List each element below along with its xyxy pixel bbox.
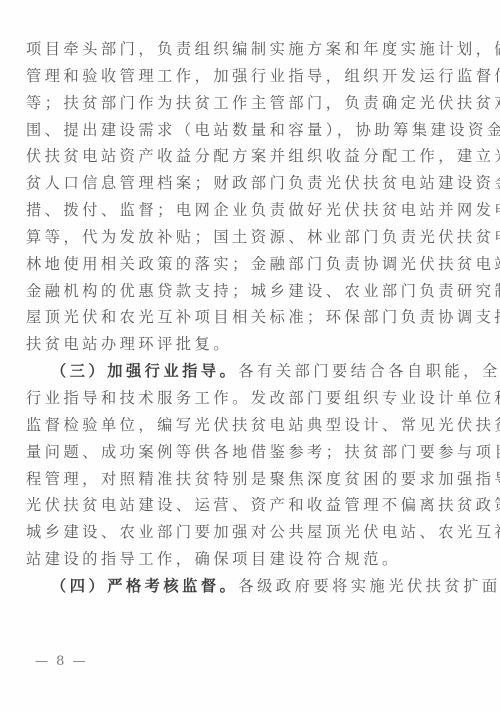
paragraph-section-4: （四）严格考核监督。各级政府要将实施光伏扶贫扩面工程纳	[26, 573, 456, 600]
text-line: 等；扶贫部门作为扶贫工作主管部门，负责确定光伏扶贫对象范	[26, 90, 456, 117]
text-line: 程管理，对照精准扶贫特别是聚焦深度贫困的要求加强指导，确保	[26, 466, 456, 493]
section-heading: （四）严格考核监督。	[51, 577, 238, 595]
text-line: 监督检验单位，编写光伏扶贫电站典型设计、常见光伏扶贫项目质	[26, 412, 456, 439]
text-run: 各有关部门要结合各自职能，全力做好	[238, 362, 500, 380]
text-line: 措、拨付、监督；电网企业负责做好光伏扶贫电站并网发电、电费结	[26, 197, 456, 224]
page-number: — 8 —	[35, 654, 88, 669]
text-line: 管理和验收管理工作，加强行业指导，组织开发运行监督信息平台	[26, 63, 456, 90]
text-line: 量问题、成功案例等供各地借鉴参考；扶贫部门要参与项目的全过	[26, 439, 456, 466]
text-line: 伏扶贫电站资产收益分配方案并组织收益分配工作，建立光伏扶	[26, 143, 456, 170]
paragraph-section-3: （三）加强行业指导。各有关部门要结合各自职能，全力做好 行业指导和技术服务工作。…	[26, 358, 456, 573]
document-body: 项目牵头部门，负责组织编制实施方案和年度实施计划，做好项目 管理和验收管理工作，…	[26, 36, 456, 600]
text-line: 项目牵头部门，负责组织编制实施方案和年度实施计划，做好项目	[26, 36, 456, 63]
section-first-line: （四）严格考核监督。各级政府要将实施光伏扶贫扩面工程纳	[26, 573, 456, 600]
text-line: 算等，代为发放补贴；国土资源、林业部门负责光伏扶贫电站土地、	[26, 224, 456, 251]
text-line: 扶贫电站办理环评批复。	[26, 331, 456, 358]
text-line: 光伏扶贫电站建设、运营、资产和收益管理不偏离扶贫政策导向；	[26, 492, 456, 519]
text-line: 屋顶光伏和农光互补项目相关标准；环保部门负责协调支持光伏	[26, 304, 456, 331]
section-first-line: （三）加强行业指导。各有关部门要结合各自职能，全力做好	[26, 358, 456, 385]
text-line: 城乡建设、农业部门要加强对公共屋顶光伏电站、农光互补光伏电	[26, 519, 456, 546]
text-line: 围、提出建设需求（电站数量和容量），协助筹集建设资金，制定光	[26, 117, 456, 144]
text-run: 各级政府要将实施光伏扶贫扩面工程纳	[238, 577, 500, 595]
text-line: 行业指导和技术服务工作。发改部门要组织专业设计单位和质量	[26, 385, 456, 412]
text-line: 站建设的指导工作，确保项目建设符合规范。	[26, 546, 456, 573]
paragraph-responsibilities: 项目牵头部门，负责组织编制实施方案和年度实施计划，做好项目 管理和验收管理工作，…	[26, 36, 456, 358]
text-line: 贫人口信息管理档案；财政部门负责光伏扶贫电站建设资金的筹	[26, 170, 456, 197]
document-page: 项目牵头部门，负责组织编制实施方案和年度实施计划，做好项目 管理和验收管理工作，…	[0, 0, 500, 711]
text-line: 金融机构的优惠贷款支持；城乡建设、农业部门负责研究制定公共	[26, 278, 456, 305]
section-heading: （三）加强行业指导。	[51, 362, 238, 380]
text-line: 林地使用相关政策的落实；金融部门负责协调光伏扶贫电站取得	[26, 251, 456, 278]
